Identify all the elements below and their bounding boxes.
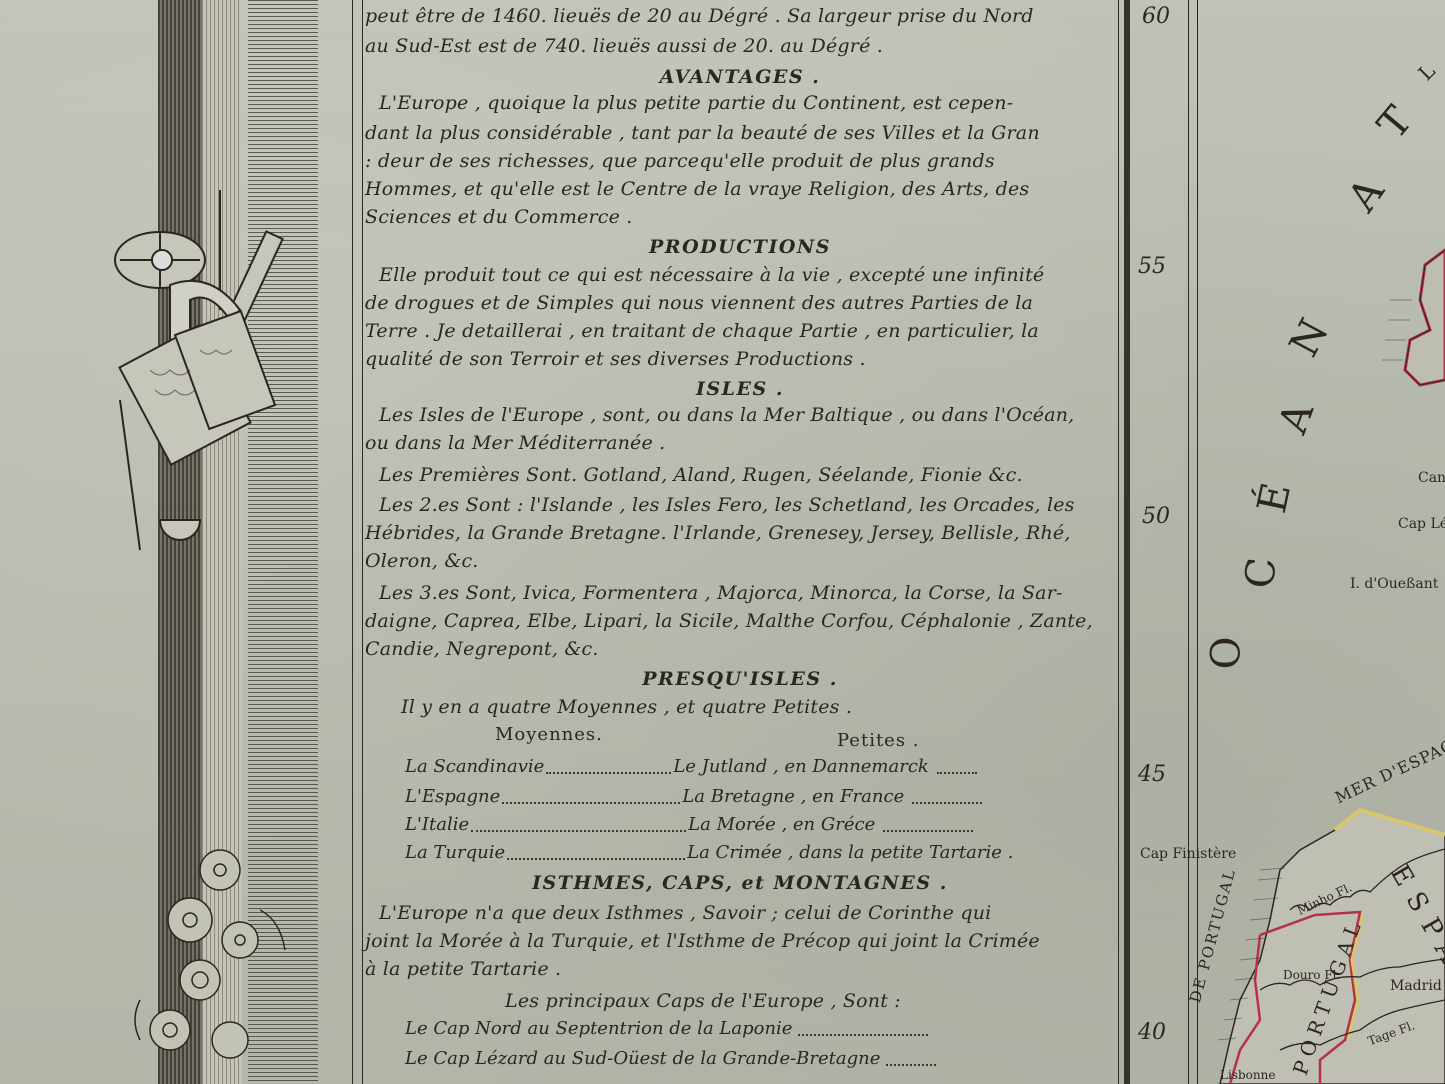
intro-line: au Sud-Est est de 740. lieuës aussi de 2… — [365, 35, 883, 57]
body-line: à la petite Tartarie . — [365, 958, 561, 980]
cap-name: Le Cap Lézard au Sud-Oüest de la Grande-… — [405, 1048, 880, 1069]
cap-name: Le Cap Nord au Septentrion de la Laponie — [405, 1018, 792, 1039]
section-heading-avantages: AVANTAGES . — [365, 66, 1115, 88]
trophy-instruments-icon — [100, 190, 300, 570]
petite: Le Jutland , en Dannemarck — [673, 756, 929, 777]
frame-line-left-inner — [362, 0, 363, 1084]
presquisle-row: L'Espagne La Bretagne , en France — [405, 786, 1110, 807]
floral-garland-icon — [120, 830, 300, 1084]
leader-dots — [937, 772, 977, 774]
section-heading-isles: ISLES . — [365, 378, 1115, 400]
section-heading-productions: PRODUCTIONS — [365, 236, 1115, 258]
body-line: Les Premières Sont. Gotland, Aland, Ruge… — [379, 464, 1023, 486]
coastline-drawing — [1120, 0, 1445, 1084]
body-line: Oleron, &c. — [365, 550, 479, 572]
text-panel: peut être de 1460. lieuës de 20 au Dégré… — [365, 0, 1115, 1084]
leader-dots — [883, 830, 973, 832]
place-label: Can — [1418, 470, 1445, 486]
cap-row: Le Cap Lézard au Sud-Oüest de la Grande-… — [405, 1048, 1110, 1069]
leader-dots — [502, 802, 680, 804]
body-line: Elle produit tout ce qui est nécessaire … — [379, 264, 1044, 286]
intro-line: peut être de 1460. lieuës de 20 au Dégré… — [365, 5, 1034, 27]
body-line: : deur de ses richesses, que parcequ'ell… — [365, 150, 995, 172]
presquisle-row: La Turquie La Crimée , dans la petite Ta… — [405, 842, 1110, 863]
body-line: Sciences et du Commerce . — [365, 206, 633, 228]
decorative-border — [140, 0, 330, 1084]
column-header-moyennes: Moyennes. — [495, 724, 603, 745]
leader-dots — [507, 858, 685, 860]
body-line: daigne, Caprea, Elbe, Lipari, la Sicile,… — [365, 610, 1093, 632]
section-heading-isthmes: ISTHMES, CAPS, et MONTAGNES . — [365, 872, 1115, 894]
body-line: Hébrides, la Grande Bretagne. l'Irlande,… — [365, 522, 1071, 544]
moyenne: L'Italie — [405, 814, 469, 835]
body-line: L'Europe , quoique la plus petite partie… — [379, 92, 1013, 114]
place-label: Cap Lé — [1398, 516, 1445, 532]
leader-dots — [798, 1034, 928, 1036]
place-label: Cap Finistère — [1140, 846, 1236, 862]
column-header-petites: Petites . — [837, 730, 920, 751]
frame-line-left-outer — [352, 0, 353, 1084]
body-line: dant la plus considérable , tant par la … — [365, 122, 1040, 144]
body-line: de drogues et de Simples qui nous vienne… — [365, 292, 1033, 314]
body-line: Les Isles de l'Europe , sont, ou dans la… — [379, 404, 1074, 426]
body-line: Il y en a quatre Moyennes , et quatre Pe… — [401, 696, 852, 718]
petite: La Morée , en Gréce — [688, 814, 875, 835]
section-heading-presquisles: PRESQU'ISLES . — [365, 668, 1115, 690]
body-line: joint la Morée à la Turquie, et l'Isthme… — [365, 930, 1040, 952]
body-line: L'Europe n'a que deux Isthmes , Savoir ;… — [379, 902, 991, 924]
leader-dots — [546, 772, 671, 774]
moyenne: L'Espagne — [405, 786, 500, 807]
petite: La Bretagne , en France — [682, 786, 904, 807]
cap-row: Le Cap Nord au Septentrion de la Laponie — [405, 1018, 1110, 1039]
place-label: Douro Fl. — [1283, 968, 1340, 982]
moyenne: La Scandinavie — [405, 756, 544, 777]
leader-dots — [912, 802, 982, 804]
body-line: ou dans la Mer Méditerranée . — [365, 432, 665, 454]
place-label: I. d'Oueßant — [1350, 576, 1438, 592]
frame-line-right-inner — [1118, 0, 1119, 1084]
leader-dots — [886, 1064, 936, 1066]
petite: La Crimée , dans la petite Tartarie . — [687, 842, 1013, 863]
body-line: Les 3.es Sont, Ivica, Formentera , Major… — [379, 582, 1063, 604]
body-line: Candie, Negrepont, &c. — [365, 638, 599, 660]
body-line: qualité de son Terroir et ses diverses P… — [365, 348, 866, 370]
body-line: Les 2.es Sont : l'Islande , les Isles Fe… — [379, 494, 1075, 516]
moyenne: La Turquie — [405, 842, 505, 863]
map-panel: 60 55 50 45 40 O C É A N A T L — [1120, 0, 1445, 1084]
place-label: Madrid — [1390, 978, 1442, 994]
body-line: Terre . Je detaillerai , en traitant de … — [365, 320, 1039, 342]
body-line: Hommes, et qu'elle est le Centre de la v… — [365, 178, 1029, 200]
leader-dots — [471, 830, 686, 832]
presquisle-row: La Scandinavie Le Jutland , en Dannemarc… — [405, 756, 1110, 777]
caps-intro: Les principaux Caps de l'Europe , Sont : — [505, 990, 901, 1012]
presquisle-row: L'Italie La Morée , en Gréce — [405, 814, 1110, 835]
place-label: Lisbonne — [1220, 1068, 1275, 1082]
